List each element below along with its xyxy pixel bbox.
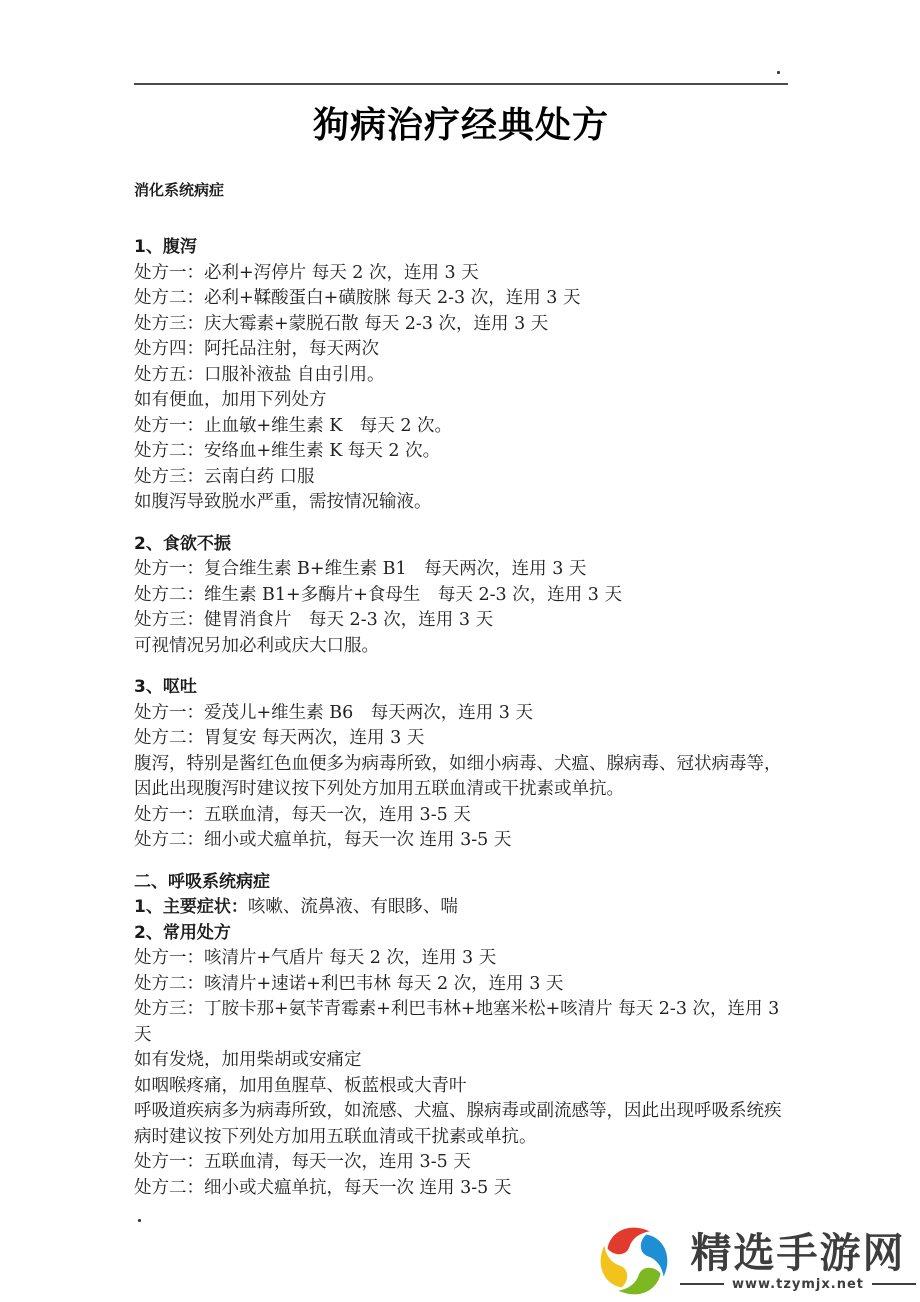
prescription-line: 处方二：胃复安 每天两次，连用 3 天: [134, 726, 788, 752]
symptoms-line: 1、主要症状：咳嗽、流鼻液、有眼眵、喘: [134, 895, 788, 921]
header-rule: [134, 83, 788, 85]
note-paragraph: 腹泻，特别是酱红色血便多为病毒所致，如细小病毒、犬瘟、腺病毒、冠状病毒等，因此出…: [134, 752, 788, 803]
sub-heading-common-prescriptions: 2、常用处方: [134, 921, 788, 947]
prescription-line: 处方一：爱茂儿+维生素 B6 每天两次，连用 3 天: [134, 701, 788, 727]
section-heading-vomiting: 3、呕吐: [134, 675, 788, 701]
prescription-line: 处方三：云南白药 口服: [134, 465, 788, 491]
dash-left: [680, 1283, 724, 1285]
prescription-line: 处方二：细小或犬瘟单抗，每天一次 连用 3-5 天: [134, 828, 788, 854]
section-heading-respiratory: 二、呼吸系统病症: [134, 870, 788, 896]
prescription-line: 处方一：五联血清，每天一次，连用 3-5 天: [134, 1150, 788, 1176]
note-line: 如有便血，加用下列处方: [134, 388, 788, 414]
prescription-line: 处方二：咳清片+速诺+利巴韦林 每天 2 次，连用 3 天: [134, 972, 788, 998]
prescription-line: 处方二：细小或犬瘟单抗，每天一次 连用 3-5 天: [134, 1176, 788, 1202]
symptoms-label: 1、主要症状：: [134, 897, 248, 917]
prescription-line: 处方三：丁胺卡那+氨苄青霉素+利巴韦林+地塞米松+咳清片 每天 2-3 次，连用…: [134, 997, 788, 1048]
prescription-line: 处方五：口服补液盐 自由引用。: [134, 363, 788, 389]
dash-right: [872, 1283, 916, 1285]
document-page: 狗病治疗经典处方 消化系统病症 1、腹泻 处方一：必利+泻停片 每天 2 次，连…: [0, 0, 920, 1302]
section-heading-diarrhea: 1、腹泻: [134, 235, 788, 261]
watermark-brand: 精选手游网: [690, 1231, 905, 1275]
prescription-line: 处方二：安络血+维生素 K 每天 2 次。: [134, 439, 788, 465]
note-line: 可视情况另加必利或庆大口服。: [134, 634, 788, 660]
site-watermark: 精选手游网 www.tzymjx.net: [592, 1222, 916, 1300]
document-content: 狗病治疗经典处方 消化系统病症 1、腹泻 处方一：必利+泻停片 每天 2 次，连…: [134, 0, 788, 1201]
note-paragraph: 呼吸道疾病多为病毒所致，如流感、犬瘟、腺病毒或副流感等，因此出现呼吸系统疾病时建…: [134, 1099, 788, 1150]
prescription-line: 处方三：庆大霉素+蒙脱石散 每天 2-3 次，连用 3 天: [134, 312, 788, 338]
prescription-line: 处方一：必利+泻停片 每天 2 次，连用 3 天: [134, 261, 788, 287]
prescription-line: 处方四：阿托品注射，每天两次: [134, 337, 788, 363]
intro-heading: 消化系统病症: [134, 177, 788, 203]
note-line: 如腹泻导致脱水严重，需按情况输液。: [134, 490, 788, 516]
prescription-line: 处方一：复合维生素 B+维生素 B1 每天两次，连用 3 天: [134, 557, 788, 583]
watermark-url-row: www.tzymjx.net: [680, 1277, 916, 1292]
section-heading-appetite: 2、食欲不振: [134, 532, 788, 558]
note-line: 如咽喉疼痛，加用鱼腥草、板蓝根或大青叶: [134, 1074, 788, 1100]
prescription-line: 处方一：咳清片+气盾片 每天 2 次，连用 3 天: [134, 946, 788, 972]
note-line: 如有发烧，加用柴胡或安痛定: [134, 1048, 788, 1074]
stray-mark-bottom-left: [138, 1219, 141, 1222]
prescription-line: 处方二：维生素 B1+多酶片+食母生 每天 2-3 次，连用 3 天: [134, 583, 788, 609]
pinwheel-logo-icon: [592, 1222, 676, 1300]
prescription-line: 处方一：止血敏+维生素 K 每天 2 次。: [134, 414, 788, 440]
prescription-line: 处方一：五联血清，每天一次，连用 3-5 天: [134, 803, 788, 829]
symptoms-text: 咳嗽、流鼻液、有眼眵、喘: [248, 897, 458, 917]
prescription-line: 处方二：必利+鞣酸蛋白+磺胺脒 每天 2-3 次，连用 3 天: [134, 286, 788, 312]
watermark-text: 精选手游网 www.tzymjx.net: [680, 1231, 916, 1292]
prescription-line: 处方三：健胃消食片 每天 2-3 次，连用 3 天: [134, 608, 788, 634]
page-title: 狗病治疗经典处方: [134, 101, 788, 149]
watermark-url: www.tzymjx.net: [732, 1277, 864, 1292]
